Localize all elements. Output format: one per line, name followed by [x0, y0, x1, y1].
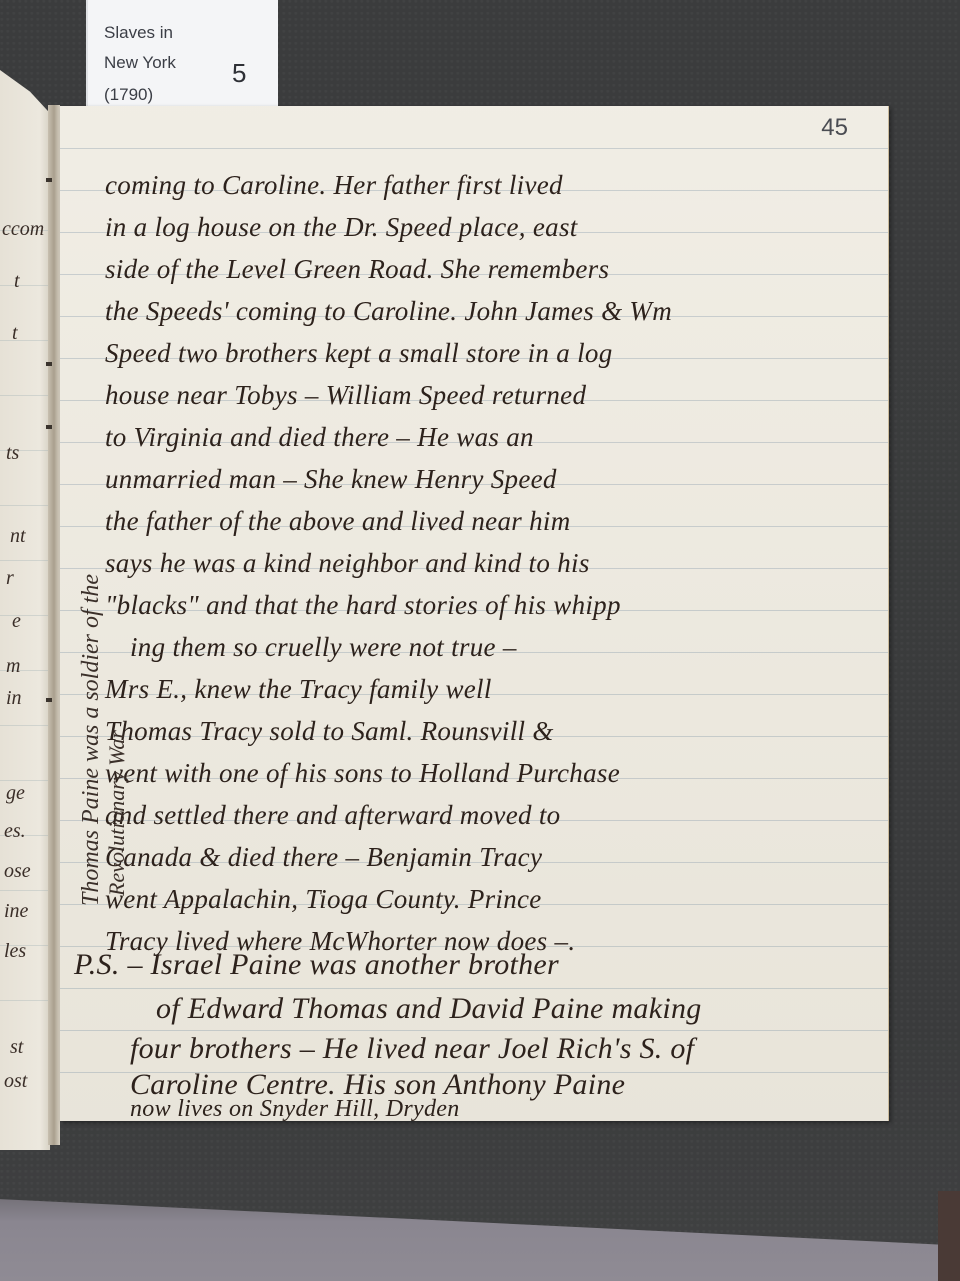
ruled-line: [0, 285, 50, 286]
ruled-line: [0, 505, 50, 506]
manuscript-line: unmarried man – She knew Henry Speed: [105, 464, 557, 495]
manuscript-line: and settled there and afterward moved to: [105, 800, 560, 831]
left-text-fragment: r: [6, 567, 14, 590]
left-text-fragment: ose: [4, 860, 31, 883]
card-line: Slaves in: [104, 22, 173, 44]
manuscript-line: the father of the above and lived near h…: [105, 506, 571, 537]
ruled-line: [0, 1000, 50, 1001]
manuscript-line: went with one of his sons to Holland Pur…: [105, 758, 620, 789]
manuscript-line: side of the Level Green Road. She rememb…: [105, 254, 609, 285]
ruled-line: [60, 1030, 888, 1031]
ruled-line: [60, 148, 888, 149]
manuscript-line: coming to Caroline. Her father first liv…: [105, 170, 563, 201]
ruled-line: [0, 395, 50, 396]
ruled-line: [0, 615, 50, 616]
postscript-line: now lives on Snyder Hill, Dryden: [130, 1096, 460, 1123]
margin-note-line: Revolutionary War: [104, 730, 130, 896]
postscript-line: of Edward Thomas and David Paine making: [156, 992, 702, 1026]
binding-stitch: [46, 362, 52, 366]
left-text-fragment: ge: [6, 782, 25, 805]
manuscript-line: Canada & died there – Benjamin Tracy: [105, 842, 542, 873]
manuscript-line: the Speeds' coming to Caroline. John Jam…: [105, 296, 672, 327]
manuscript-line: Mrs E., knew the Tracy family well: [105, 674, 492, 705]
postscript-line: P.S. – Israel Paine was another brother: [74, 948, 559, 982]
ruled-line: [60, 988, 888, 989]
book-gutter: [48, 105, 60, 1145]
manuscript-line: ing them so cruelly were not true –: [130, 632, 517, 663]
binding-stitch: [46, 698, 52, 702]
left-facing-page: ccom t t ts nt r e m in ge es. ose ine l…: [0, 70, 50, 1150]
ruled-line: [0, 725, 50, 726]
manuscript-line: Speed two brothers kept a small store in…: [105, 338, 613, 369]
left-text-fragment: es.: [4, 820, 26, 843]
margin-note-line: Thomas Paine was a soldier of the: [78, 574, 105, 906]
left-text-fragment: ost: [4, 1070, 27, 1093]
manuscript-line: went Appalachin, Tioga County. Prince: [105, 884, 542, 915]
manuscript-line: Thomas Tracy sold to Saml. Rounsvill &: [105, 716, 554, 747]
ruled-line: [0, 340, 50, 341]
left-text-fragment: t: [12, 322, 18, 345]
left-text-fragment: m: [6, 655, 20, 678]
manuscript-line: "blacks" and that the hard stories of hi…: [105, 590, 621, 621]
left-text-fragment: in: [6, 687, 22, 710]
card-line: (1790): [104, 84, 153, 106]
left-text-fragment: nt: [10, 525, 26, 548]
left-text-fragment: t: [14, 270, 20, 293]
binding-stitch: [46, 425, 52, 429]
left-text-fragment: e: [12, 610, 21, 633]
manuscript-line: to Virginia and died there – He was an: [105, 422, 534, 453]
card-line: New York: [104, 52, 176, 74]
left-text-fragment: ts: [6, 442, 19, 465]
manuscript-line: house near Tobys – William Speed returne…: [105, 380, 586, 411]
manuscript-line: says he was a kind neighbor and kind to …: [105, 548, 590, 579]
left-text-fragment: st: [10, 1036, 23, 1059]
left-text-fragment: ine: [4, 900, 28, 923]
ruled-line: [0, 780, 50, 781]
page-number: 45: [821, 114, 848, 142]
manuscript-page: 45 coming to Caroline. Her father first …: [60, 106, 889, 1121]
left-text-fragment: ccom: [2, 218, 44, 241]
corner-object: [938, 1191, 960, 1281]
manuscript-line: in a log house on the Dr. Speed place, e…: [105, 212, 578, 243]
left-text-fragment: les: [4, 940, 26, 963]
ruled-line: [0, 890, 50, 891]
postscript-line: four brothers – He lived near Joel Rich'…: [130, 1032, 694, 1066]
binding-stitch: [46, 178, 52, 182]
ruled-line: [0, 560, 50, 561]
card-number: 5: [232, 58, 246, 89]
index-card: Slaves in New York (1790): [86, 0, 278, 106]
